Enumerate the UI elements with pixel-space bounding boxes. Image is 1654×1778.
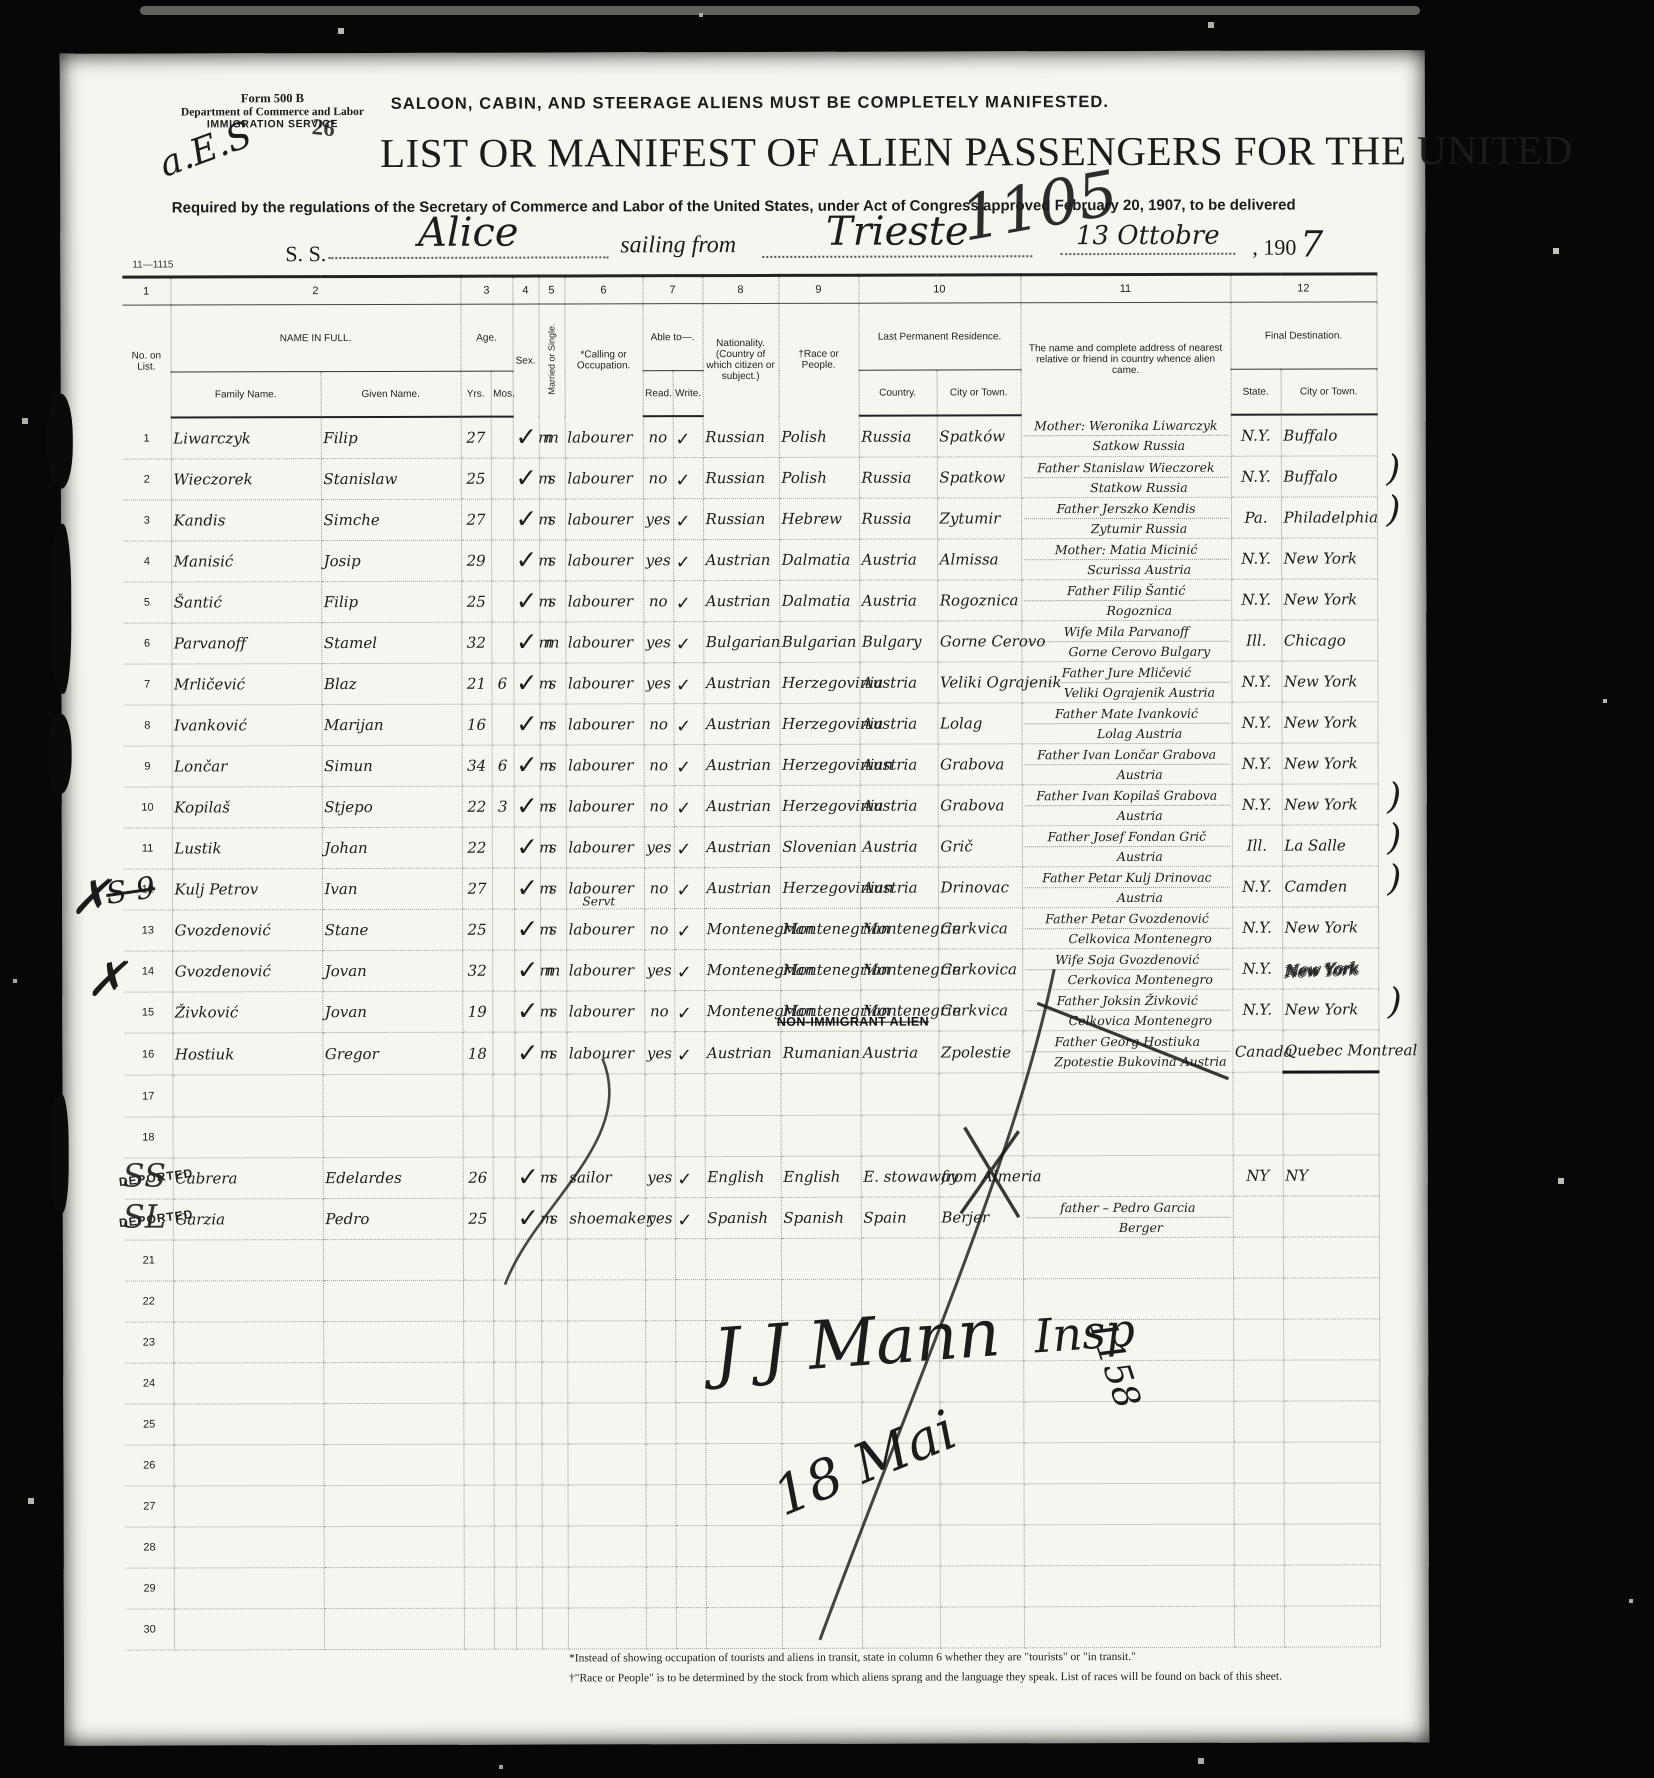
- cell-sex: [515, 1321, 541, 1362]
- cell-sex: [516, 1608, 542, 1649]
- cell-destination-state: [1234, 1524, 1284, 1565]
- cell-sex: ✓m: [514, 1032, 540, 1074]
- cell-age-years: 32: [462, 950, 492, 991]
- cell-sex: ✓m: [513, 417, 539, 459]
- cell-age-months: [491, 499, 513, 540]
- cell-row-number: 3: [123, 500, 171, 541]
- cell-race-or-people: Spanish: [781, 1197, 861, 1238]
- cell-age-months: 6: [491, 663, 513, 704]
- cell-age-years: 25: [461, 581, 491, 622]
- cell-family-name: Kandis: [171, 500, 321, 541]
- table-row: 21: [125, 1237, 1379, 1281]
- cell-able-to-read: yes: [643, 622, 673, 663]
- cell-married-or-single: [541, 1116, 567, 1157]
- cell-sex: ✓m: [513, 499, 539, 540]
- cell-able-to-read: no: [643, 704, 673, 745]
- cell-able-to-write: ✓: [675, 1157, 705, 1198]
- cell-nearest-relative: [1023, 1237, 1233, 1279]
- cell-nationality: Russian: [703, 498, 779, 539]
- cell-residence-country: Spain: [861, 1197, 939, 1238]
- cell-residence-country: Austria: [860, 1031, 938, 1073]
- cell-destination-state: N.Y.: [1232, 989, 1282, 1030]
- cell-sex: ✓m: [514, 827, 540, 868]
- manifest-notice: SALOON, CABIN, AND STEERAGE ALIENS MUST …: [360, 93, 1140, 114]
- cell-race-or-people: [782, 1525, 862, 1566]
- cell-nearest-relative: [1022, 1072, 1232, 1115]
- cell-residence-city: [939, 1115, 1023, 1156]
- cell-age-years: [464, 1567, 494, 1608]
- cell-row-number: 9: [124, 746, 172, 787]
- cell-able-to-read: no: [644, 909, 674, 950]
- cell-age-months: [494, 1485, 516, 1526]
- cell-able-to-write: ✓: [673, 499, 703, 540]
- cell-residence-city: [939, 1238, 1023, 1279]
- cell-residence-city: Zytumir: [937, 498, 1021, 539]
- cell-occupation: [567, 1362, 645, 1403]
- table-row: 1LiwarczykFilip27✓mmlabourerno✓RussianPo…: [123, 414, 1377, 459]
- cell-able-to-read: [645, 1403, 675, 1444]
- cell-able-to-read: [645, 1362, 675, 1403]
- cell-able-to-write: ✓: [673, 663, 703, 704]
- cell-able-to-write: [675, 1403, 705, 1444]
- cell-given-name: Josip: [321, 540, 461, 581]
- cell-age-months: [491, 581, 513, 622]
- table-row: 28: [126, 1524, 1380, 1568]
- cell-race-or-people: [781, 1238, 861, 1279]
- cell-race-or-people: [780, 1073, 860, 1115]
- department-name: Department of Commerce and Labor: [155, 106, 390, 119]
- cell-able-to-write: [676, 1485, 706, 1526]
- cell-occupation: labourer: [565, 458, 643, 499]
- cell-occupation: [567, 1403, 645, 1444]
- cell-age-months: [492, 827, 514, 868]
- cell-nearest-relative: [1023, 1155, 1233, 1197]
- cell-able-to-write: ✓: [674, 786, 704, 827]
- cell-married-or-single: [541, 1239, 567, 1280]
- cell-residence-country: Austria: [859, 539, 937, 580]
- cell-destination-city: [1284, 1565, 1380, 1606]
- cell-family-name: [173, 1445, 323, 1486]
- cell-destination-state: N.Y.: [1232, 743, 1282, 784]
- cell-able-to-read: no: [644, 868, 674, 909]
- cell-nearest-relative: Father Petar Kulj DrinovacAustria: [1022, 866, 1232, 908]
- table-row: 7MrličevićBlaz216✓mslaboureryes✓Austrian…: [123, 661, 1377, 705]
- cell-able-to-read: [645, 1280, 675, 1321]
- cell-nationality: Russian: [703, 457, 779, 498]
- cell-row-number: 11: [124, 828, 172, 869]
- cell-able-to-write: ✓: [674, 868, 704, 909]
- col-num-9: 9: [778, 275, 858, 303]
- cell-nearest-relative: Wife Mila ParvanoffGorne Cerovo Bulgary: [1021, 620, 1231, 662]
- subheader-city: City or Town.: [937, 370, 1021, 416]
- cell-given-name: [323, 1362, 463, 1403]
- cell-nationality: Austrian: [703, 662, 779, 703]
- cell-given-name: Gregor: [322, 1032, 462, 1074]
- cell-given-name: Stanislaw: [321, 458, 461, 499]
- cell-residence-country: Russia: [859, 415, 937, 457]
- cell-residence-city: Cerkvica: [938, 908, 1022, 949]
- cell-age-years: 18: [462, 1032, 492, 1074]
- cell-row-number: 13: [124, 910, 172, 951]
- cell-nationality: Austrian: [704, 744, 780, 785]
- cell-able-to-read: yes: [643, 540, 673, 581]
- cell-destination-state: Pa.: [1231, 497, 1281, 538]
- cell-able-to-read: [646, 1567, 676, 1608]
- cell-married-or-single: [541, 1403, 567, 1444]
- cell-age-years: [463, 1362, 493, 1403]
- year-handwritten: 7: [1300, 224, 1323, 265]
- cell-able-to-write: ✓: [674, 909, 704, 950]
- cell-residence-city: Spatków: [937, 415, 1021, 457]
- cell-destination-city: [1284, 1483, 1380, 1524]
- ship-name: Alice: [328, 208, 608, 259]
- cell-able-to-write: ✓: [674, 1032, 704, 1074]
- cell-occupation: [568, 1526, 646, 1567]
- col-num-11: 11: [1020, 274, 1230, 303]
- cell-row-number: 5: [123, 582, 171, 623]
- cell-residence-city: from Almeria: [939, 1156, 1023, 1197]
- cell-given-name: Ivan: [322, 868, 462, 909]
- cell-age-months: [491, 622, 513, 663]
- table-row: 2WieczorekStanislaw25✓mslabourerno✓Russi…: [123, 456, 1377, 500]
- cell-destination-city: NY: [1283, 1155, 1379, 1196]
- cell-nearest-relative: father – Pedro GarciaBerger: [1023, 1196, 1233, 1238]
- cell-age-months: [494, 1608, 516, 1649]
- cell-row-number: SLDEPORTED: [125, 1199, 173, 1240]
- cell-sex: ✓m: [513, 704, 539, 745]
- cell-destination-city: Philadelphia): [1281, 497, 1377, 538]
- cell-sex: [515, 1362, 541, 1403]
- cell-married-or-single: [541, 1444, 567, 1485]
- cell-age-months: [493, 1321, 515, 1362]
- cell-age-years: 25: [461, 458, 491, 499]
- cell-family-name: Mrličević: [171, 664, 321, 705]
- cell-row-number: 16: [124, 1033, 172, 1075]
- cell-nearest-relative: Mother: Weronika LiwarczykSatkow Russia: [1021, 415, 1231, 457]
- cell-family-name: [174, 1486, 324, 1527]
- cell-residence-city: Gorne Cerovo: [937, 621, 1021, 662]
- cell-occupation: sailor: [567, 1157, 645, 1198]
- cell-able-to-read: [644, 1074, 674, 1116]
- subheader-family-name: Family Name.: [171, 372, 321, 418]
- cell-given-name: Jovan: [322, 950, 462, 991]
- cell-nationality: Austrian: [704, 1031, 780, 1073]
- cell-race-or-people: Herzegovinian: [780, 867, 860, 908]
- cell-family-name: [173, 1404, 323, 1445]
- cell-able-to-write: [675, 1116, 705, 1157]
- cell-occupation: [568, 1608, 646, 1649]
- cell-destination-state: N.Y.: [1232, 784, 1282, 825]
- cell-age-years: [463, 1444, 493, 1485]
- cell-family-name: Garzia: [173, 1199, 323, 1240]
- subheader-yrs: Yrs.: [461, 371, 491, 417]
- cell-nationality: [704, 1073, 780, 1115]
- scan-blemish: [51, 1094, 69, 1214]
- cell-row-number: 30: [126, 1609, 174, 1650]
- cell-given-name: [324, 1485, 464, 1526]
- cell-destination-city: [1283, 1237, 1379, 1278]
- cell-row-number: 10: [124, 787, 172, 828]
- table-row: 11LustikJohan22✓mslaboureryes✓AustrianSl…: [124, 825, 1378, 869]
- cell-sex: [516, 1526, 542, 1567]
- cell-destination-state: [1234, 1606, 1284, 1647]
- cell-row-number: 1: [123, 418, 171, 460]
- cell-destination-state: [1233, 1442, 1283, 1483]
- cell-able-to-write: [676, 1526, 706, 1567]
- cell-family-name: Cabrera: [173, 1158, 323, 1199]
- cell-age-months: [491, 458, 513, 499]
- subheader-read: Read.: [643, 371, 673, 417]
- cell-family-name: Lustik: [172, 828, 322, 869]
- cell-age-years: 25: [463, 1198, 493, 1239]
- cell-occupation: [567, 1116, 645, 1157]
- cell-age-months: [493, 1403, 515, 1444]
- cell-family-name: Kulj Petrov: [172, 869, 322, 910]
- cell-married-or-single: [542, 1608, 568, 1649]
- cell-nearest-relative: Mother: Matia MicinićScurissa Austria: [1021, 538, 1231, 580]
- cell-destination-city: New York: [1282, 907, 1378, 948]
- cell-sex: ✓m: [514, 909, 540, 950]
- cell-family-name: [173, 1117, 323, 1158]
- cell-family-name: [174, 1609, 324, 1650]
- cell-race-or-people: Hebrew: [779, 498, 859, 539]
- cell-row-number: 7: [123, 664, 171, 705]
- cell-family-name: Liwarczyk: [171, 417, 321, 459]
- cell-age-years: 16: [461, 704, 491, 745]
- cell-age-years: [463, 1116, 493, 1157]
- header-married-single-label: Married or Single.: [546, 323, 556, 394]
- table-row: 26: [125, 1442, 1379, 1486]
- cell-occupation: [567, 1280, 645, 1321]
- header-race: †Race or People.: [778, 303, 858, 416]
- cell-destination-city: [1284, 1524, 1380, 1565]
- cell-destination-state: [1233, 1401, 1283, 1442]
- cell-age-months: [493, 1239, 515, 1280]
- cell-nearest-relative: Father Filip ŠantićRogoznica: [1021, 579, 1231, 621]
- cell-destination-city: Chicago: [1281, 620, 1377, 661]
- manifest-sheet: Form 500 B Department of Commerce and La…: [60, 50, 1429, 1746]
- cell-race-or-people: Polish: [779, 416, 859, 458]
- table-row: 10KopilašStjepo223✓mslabourerno✓Austrian…: [124, 784, 1378, 828]
- col-num-5: 5: [538, 276, 564, 304]
- cell-given-name: Blaz: [321, 663, 461, 704]
- cell-given-name: Stane: [322, 909, 462, 950]
- cell-race-or-people: Montenegrian: [780, 949, 860, 990]
- cell-destination-state: N.Y.: [1231, 579, 1281, 620]
- cell-destination-state: [1233, 1278, 1283, 1319]
- cell-age-months: [492, 868, 514, 909]
- cell-destination-city: [1283, 1278, 1379, 1319]
- cell-family-name: Živković: [172, 992, 322, 1033]
- cell-race-or-people: Herzegovinia: [779, 662, 859, 703]
- cell-family-name: Hostiuk: [172, 1033, 322, 1075]
- cell-sex: [515, 1239, 541, 1280]
- cell-destination-city: Buffalo: [1281, 414, 1377, 456]
- cell-row-number: 29: [126, 1568, 174, 1609]
- header-calling-occupation: *Calling or Occupation.: [564, 304, 642, 417]
- cell-occupation: labourer: [566, 745, 644, 786]
- column-number-row: 1 2 3 4 5 6 7 8 9 10 11 12: [122, 274, 1376, 305]
- cell-age-months: [492, 909, 514, 950]
- cell-row-number: 23: [125, 1322, 173, 1363]
- cell-nearest-relative: [1023, 1401, 1233, 1443]
- cell-age-months: [493, 1444, 515, 1485]
- cell-occupation: labourer: [566, 827, 644, 868]
- cell-given-name: Filip: [321, 417, 461, 459]
- cell-residence-country: Russia: [859, 457, 937, 498]
- cell-occupation: labourer: [565, 704, 643, 745]
- cell-occupation: [567, 1321, 645, 1362]
- cell-sex: ✓m: [514, 991, 540, 1032]
- cell-age-years: [464, 1608, 494, 1649]
- cell-destination-city: New York): [1282, 784, 1378, 825]
- cell-race-or-people: Herzegovinian: [780, 744, 860, 785]
- cell-destination-state: N.Y.: [1232, 948, 1282, 989]
- cell-nationality: Montenegrian: [704, 908, 780, 949]
- cell-nearest-relative: Father Petar GvozdenovićCelkovica Monten…: [1022, 907, 1232, 949]
- cell-nearest-relative: [1024, 1483, 1234, 1525]
- cell-row-number: 24: [125, 1363, 173, 1404]
- cell-given-name: [324, 1526, 464, 1567]
- cell-sex: ✓m: [513, 540, 539, 581]
- table-row: SSDEPORTEDCabreraEdelardes26✓mssailoryes…: [125, 1155, 1379, 1199]
- col-num-12: 12: [1230, 274, 1376, 302]
- cell-destination-city: Quebec Montreal: [1282, 1030, 1378, 1072]
- cell-family-name: Lončar: [172, 746, 322, 787]
- cell-residence-country: [862, 1525, 940, 1566]
- cell-age-years: 29: [461, 540, 491, 581]
- cell-family-name: [173, 1240, 323, 1281]
- cell-able-to-write: ✓: [673, 622, 703, 663]
- page-title: LIST OR MANIFEST OF ALIEN PASSENGERS FOR…: [380, 126, 1355, 177]
- cell-occupation: labourer: [566, 1032, 644, 1074]
- scan-speckles: [0, 0, 2, 2]
- cell-married-or-single: [541, 1362, 567, 1403]
- cell-able-to-write: [675, 1239, 705, 1280]
- subheader-given-name: Given Name.: [321, 371, 461, 417]
- cell-residence-country: [862, 1607, 940, 1648]
- cell-married-or-single: [542, 1485, 568, 1526]
- cell-nearest-relative: Father Jerszko KendisZytumir Russia: [1021, 497, 1231, 539]
- cell-age-months: [491, 417, 513, 459]
- cell-destination-state: [1234, 1483, 1284, 1524]
- col-num-4: 4: [512, 276, 538, 304]
- cell-age-years: [463, 1239, 493, 1280]
- scan-blemish: [51, 524, 71, 694]
- cell-able-to-read: [645, 1321, 675, 1362]
- cell-destination-city: [1283, 1401, 1379, 1442]
- cell-age-years: [462, 1074, 492, 1116]
- cell-residence-country: Austria: [859, 580, 937, 621]
- cell-given-name: [322, 1074, 462, 1116]
- sailing-from-label: sailing from: [620, 232, 736, 259]
- cell-age-years: 26: [463, 1157, 493, 1198]
- cell-able-to-read: [645, 1239, 675, 1280]
- cell-destination-state: N.Y.: [1231, 661, 1281, 702]
- cell-sex: ✓m: [514, 786, 540, 827]
- cell-destination-state: N.Y.: [1231, 702, 1281, 743]
- cell-nearest-relative: Father Joksin ŽivkovićCelkovica Monteneg…: [1022, 989, 1232, 1031]
- cell-occupation: labourer: [566, 991, 644, 1032]
- cell-married-or-single: [541, 1280, 567, 1321]
- cell-able-to-write: [676, 1567, 706, 1608]
- cell-given-name: Jovan: [322, 991, 462, 1032]
- header-main-row: No. on List. NAME IN FULL. Age. Sex. Mar…: [122, 302, 1376, 372]
- cell-sex: ✓m: [515, 1157, 541, 1198]
- cell-sex: ✓m: [515, 1198, 541, 1239]
- cell-nearest-relative: [1024, 1565, 1234, 1607]
- cell-occupation: labourer: [565, 663, 643, 704]
- cell-destination-city: [1283, 1196, 1379, 1237]
- cell-race-or-people: Montenegrian: [780, 908, 860, 949]
- cell-nearest-relative: Father Georg HostiukaZpotestie Bukovina …: [1022, 1030, 1232, 1073]
- cell-row-number: 21: [125, 1240, 173, 1281]
- cell-row-number: 28: [126, 1527, 174, 1568]
- cell-destination-city: New York): [1282, 989, 1378, 1030]
- cell-nationality: Montenegrian: [704, 949, 780, 990]
- cell-able-to-read: [645, 1444, 675, 1485]
- table-row: 4ManisićJosip29✓mslaboureryes✓AustrianDa…: [123, 538, 1377, 582]
- cell-age-months: [493, 1198, 515, 1239]
- cell-destination-city: [1283, 1442, 1379, 1483]
- cell-able-to-write: ✓: [673, 458, 703, 499]
- cell-nationality: [706, 1484, 782, 1525]
- cell-able-to-read: no: [643, 581, 673, 622]
- cell-sex: [516, 1485, 542, 1526]
- cell-married-or-single: [542, 1567, 568, 1608]
- cell-residence-country: Austria: [860, 826, 938, 867]
- cell-residence-city: [940, 1607, 1024, 1648]
- cell-married-or-single: [540, 1074, 566, 1116]
- cell-age-months: 6: [492, 745, 514, 786]
- cell-occupation: Servtlabourer: [566, 909, 644, 950]
- cell-nationality: [705, 1238, 781, 1279]
- cell-destination-city: New York: [1281, 579, 1377, 620]
- cell-destination-state: N.Y.: [1232, 907, 1282, 948]
- cell-age-months: [493, 1116, 515, 1157]
- cell-able-to-write: [675, 1444, 705, 1485]
- cell-race-or-people: Slovenian: [780, 826, 860, 867]
- cell-sex: ✓m: [514, 745, 540, 786]
- cell-able-to-read: yes: [644, 950, 674, 991]
- cell-age-years: 27: [461, 499, 491, 540]
- scan-streak: [140, 6, 1420, 15]
- table-header: 1 2 3 4 5 6 7 8 9 10 11 12 No. on List. …: [122, 274, 1376, 418]
- ship-line: S. S. Alice sailing from Trieste 13 Otto…: [60, 222, 1425, 278]
- cell-nationality: [706, 1607, 782, 1648]
- cell-residence-country: [862, 1566, 940, 1607]
- cell-occupation: [568, 1485, 646, 1526]
- cell-age-years: [463, 1321, 493, 1362]
- table-row: 18: [125, 1114, 1379, 1158]
- cell-family-name: [172, 1075, 322, 1117]
- cell-destination-city: La Salle): [1282, 825, 1378, 866]
- cell-nearest-relative: [1023, 1114, 1233, 1156]
- cell-destination-state: N.Y.: [1231, 538, 1281, 579]
- cell-nationality: Spanish: [705, 1197, 781, 1238]
- cell-residence-city: [940, 1566, 1024, 1607]
- cell-residence-city: Cerkvica: [938, 990, 1022, 1031]
- subheader-state: State.: [1231, 369, 1281, 415]
- scan-blemish: [47, 394, 73, 489]
- cell-occupation: labourer: [565, 499, 643, 540]
- cell-nationality: Austrian: [703, 703, 779, 744]
- table-row: 3KandisSimche27✓mslaboureryes✓RussianHeb…: [123, 497, 1377, 541]
- cell-destination-city: New York: [1281, 702, 1377, 743]
- subheader-country: Country.: [859, 370, 937, 416]
- cell-residence-city: Rogoznica: [937, 580, 1021, 621]
- cell-row-number: 17: [124, 1075, 172, 1117]
